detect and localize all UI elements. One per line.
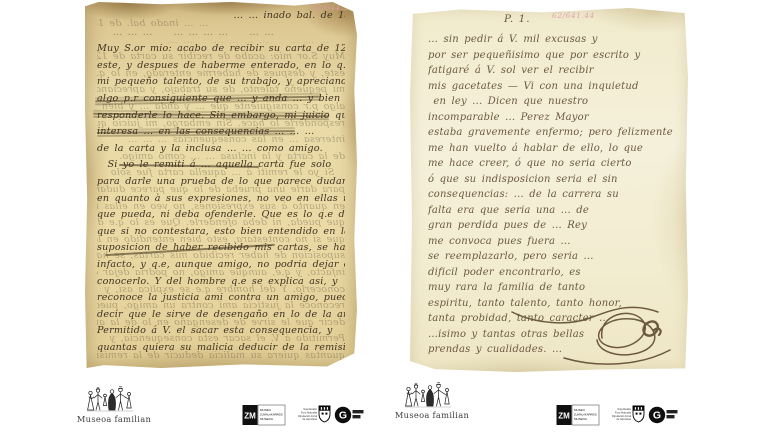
manuscript-line: ... ... ... ... ... ... ... ... ... — [97, 25, 345, 42]
manuscript-line: fatigaré á V. sol ver el recibir — [428, 63, 674, 79]
museum-caption-right: Museoa familian — [393, 410, 471, 420]
svg-text:MUSEO: MUSEO — [260, 408, 272, 412]
manuscript-line: estaba gravemente enfermo; pero felizmen… — [428, 125, 674, 141]
page-number-label: P. 1. — [504, 13, 531, 25]
manuscript-line: dificil poder encontrarlo, es — [428, 265, 674, 281]
family-engraving-icon — [402, 381, 456, 409]
logo-text-bar — [353, 410, 364, 413]
svg-text:de Gipuzkoa: de Gipuzkoa — [616, 417, 631, 421]
manuscript-line: decir que le sirve de desengaño en lo de… — [97, 307, 345, 324]
svg-text:Foru Aldundia: Foru Aldundia — [301, 410, 318, 414]
archive-reference-left: 62/644.38 — [311, 3, 354, 12]
manuscript-line: para darle una prueba de lo que parece d… — [97, 174, 345, 191]
manuscript-line: Permitido á V. el sacar esta consequenci… — [97, 323, 345, 340]
manuscript-line: mi pequeño talento, de su trabajo, y apr… — [97, 74, 345, 91]
manuscript-line: falta era que seria una ... de — [428, 203, 674, 219]
svg-text:ZM: ZM — [244, 412, 256, 421]
zm-logo: ZM MUSEO ZUMALAKARREGI MUSEOA — [557, 405, 600, 425]
manuscript-line: este, y despues de haberme enterado, en … — [97, 58, 345, 75]
manuscript-line: en quanto à sus expresiones, no veo en e… — [97, 191, 345, 208]
manuscript-scan-right: P. 1. 62/641.44 ... sin pedir á V. mil e… — [410, 8, 688, 372]
manuscript-line: por ser pequeñisimo que por escrito y — [428, 48, 674, 64]
svg-text:G: G — [339, 410, 347, 422]
svg-text:MUSEOA: MUSEOA — [260, 417, 273, 421]
gipuzkoa-council-logo: Gipuzkoako Foru Aldundia Diputación Fora… — [612, 406, 644, 422]
svg-text:MUSEO: MUSEO — [574, 408, 586, 412]
manuscript-line: en ley ... Dicen que nuestro — [428, 94, 674, 110]
svg-text:ZUMALAKARREGI: ZUMALAKARREGI — [574, 413, 597, 417]
manuscript-line: ... ... inado bal. de 1825 — [97, 8, 345, 25]
logo-text-bar — [667, 410, 678, 413]
svg-text:Gipuzkoako: Gipuzkoako — [617, 407, 631, 411]
manuscript-line: me hace creer, ó que no seria cierto — [428, 156, 674, 172]
gipuzkoa-council-logo: Gipuzkoako Foru Aldundia Diputación Fora… — [298, 406, 330, 422]
signature-flourish — [506, 290, 684, 372]
museum-caption-left: Museoa familian — [75, 414, 153, 424]
archive-reference-right: 62/641.44 — [552, 11, 595, 20]
manuscript-line: me convoca pues fuera ... — [428, 234, 674, 250]
manuscript-line: quantas quiera su malicia deducir de la … — [97, 340, 345, 357]
svg-text:Gipuzkoako: Gipuzkoako — [303, 407, 317, 411]
family-engraving-icon — [84, 385, 138, 413]
manuscript-line: reconoce la justicia ami contra un amigo… — [97, 290, 345, 307]
logo-strip-left: ZM MUSEO ZUMALAKARREGI MUSEOA Gipuzkoako… — [242, 402, 364, 429]
manuscript-scan-left: ... ... inado bal. de 1825 ... ... ... .… — [85, 2, 357, 368]
manuscript-line: gran perdida pues de ... Rey — [428, 218, 674, 234]
svg-text:Diputación Foral: Diputación Foral — [298, 414, 317, 418]
svg-text:ZM: ZM — [558, 412, 570, 421]
manuscript-line: mis gacetates — Vi con una inquietud — [428, 79, 674, 95]
manuscript-line: conocerlo. Y del hombre q.e se explica a… — [97, 274, 345, 291]
svg-text:Diputación Foral: Diputación Foral — [612, 414, 631, 418]
logo-strip-right: ZM MUSEO ZUMALAKARREGI MUSEOA Gipuzkoako… — [556, 402, 678, 429]
gipuzkoa-shield-icon — [319, 406, 330, 422]
svg-text:G: G — [653, 410, 661, 422]
manuscript-text-left: ... ... inado bal. de 1825 ... ... ... .… — [97, 8, 345, 362]
g-circle-logo: G — [335, 407, 364, 423]
svg-text:MUSEOA: MUSEOA — [574, 417, 587, 421]
manuscript-line: de la carta y la inclusa ... ... como am… — [97, 141, 345, 158]
zm-logo: ZM MUSEO ZUMALAKARREGI MUSEOA — [243, 405, 286, 425]
manuscript-line: Muy S.or mio: acabo de recibir su carta … — [97, 41, 345, 58]
page-canvas: ... ... inado bal. de 1825 ... ... ... .… — [0, 0, 768, 432]
svg-text:ZUMALAKARREGI: ZUMALAKARREGI — [260, 413, 283, 417]
manuscript-line: incomparable ... Perez Mayor — [428, 110, 674, 126]
manuscript-line: que pueda, ni deba ofenderle. Que es lo … — [97, 207, 345, 224]
manuscript-line: me han vuelto á hablar de ello, lo que — [428, 141, 674, 157]
manuscript-line: que si no contestara, esto bien entendid… — [97, 224, 345, 241]
manuscript-line: ó que su indisposicion seria el sin — [428, 172, 674, 188]
manuscript-line: ... sin pedir á V. mil excusas y — [428, 32, 674, 48]
manuscript-line: consequencias: ... de la carrera su — [428, 187, 674, 203]
svg-text:de Gipuzkoa: de Gipuzkoa — [302, 417, 317, 421]
manuscript-line: se reemplazarlo, pero seria ... — [428, 249, 674, 265]
g-circle-logo: G — [649, 407, 678, 423]
svg-text:Foru Aldundia: Foru Aldundia — [615, 410, 632, 414]
manuscript-line: infacto, y q.e, aunque amigo, no podria … — [97, 257, 345, 274]
logo-text-bar — [667, 415, 675, 418]
gipuzkoa-shield-icon — [633, 406, 644, 422]
logo-text-bar — [353, 415, 361, 418]
